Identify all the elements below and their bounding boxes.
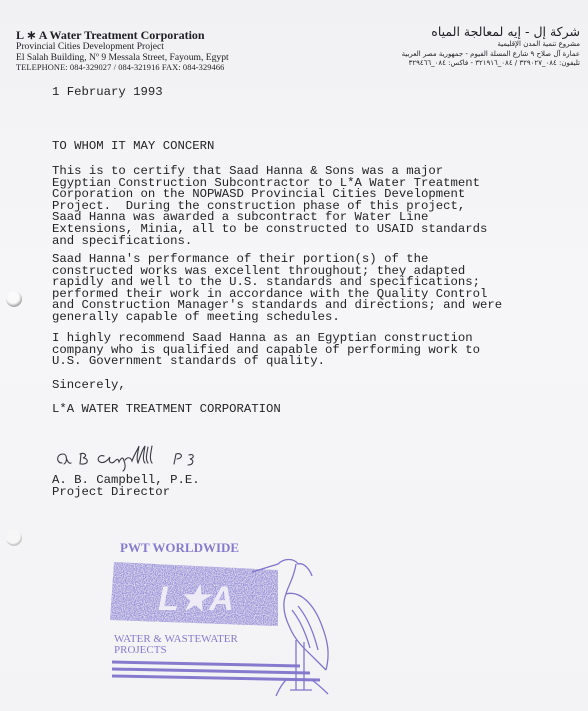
letter-paragraph: This is to certify that Saad Hanna & Son… <box>52 166 487 247</box>
letter-paragraph: Saad Hanna's performance of their portio… <box>52 254 502 324</box>
letterhead-project-arabic: مشروع تنمية المدن الإقليمية <box>402 40 580 50</box>
hole-punch <box>6 291 22 307</box>
letterhead-company-arabic: شركة إل - إيه لمعالجة المياه <box>402 24 580 40</box>
letterhead-arabic: شركة إل - إيه لمعالجة المياه مشروع تنمية… <box>402 24 580 69</box>
stamp-logo: L★A <box>158 580 234 618</box>
letterhead-contact-arabic: تليفون: ٠٨٤_٣٢٩٠٢٧ / ٠٨٤_٣٢١٩١٦ - فاكس: … <box>402 59 580 69</box>
stamp-top-text: PWT WORLDWIDE <box>120 540 239 555</box>
hole-punch <box>6 530 22 546</box>
stamp-bottom-text-2: PROJECTS <box>114 644 167 656</box>
letterhead-project: Provincial Cities Development Project <box>16 42 229 53</box>
letterhead-english: L ∗ A Water Treatment Corporation Provin… <box>16 28 229 74</box>
signer-title: Project Director <box>52 485 170 499</box>
company-stamp: PWT WORLDWIDE L★A WATER & WASTEWATER PRO… <box>100 530 350 710</box>
letter-page: L ∗ A Water Treatment Corporation Provin… <box>0 0 588 711</box>
letter-closing: Sincerely, <box>52 380 126 392</box>
letter-salutation: TO WHOM IT MAY CONCERN <box>52 141 214 153</box>
handwritten-signature <box>52 443 232 473</box>
letterhead-company: L ∗ A Water Treatment Corporation <box>16 28 229 42</box>
letter-date: 1 February 1993 <box>52 87 163 99</box>
letterhead-address-arabic: عمارة آل صلاح ٩ شارع المسلة الفيوم - جمه… <box>402 50 580 60</box>
signer-block: A. B. Campbell, P.E. Project Director <box>52 475 200 498</box>
letter-paragraph: I highly recommend Saad Hanna as an Egyp… <box>52 333 480 368</box>
letterhead-contact: TELEPHONE: 084-329027 / 084-321916 FAX: … <box>16 63 229 74</box>
letter-company-signoff: L*A WATER TREATMENT CORPORATION <box>52 404 281 416</box>
letterhead-address: El Salah Building, Nº 9 Messala Street, … <box>16 53 229 64</box>
